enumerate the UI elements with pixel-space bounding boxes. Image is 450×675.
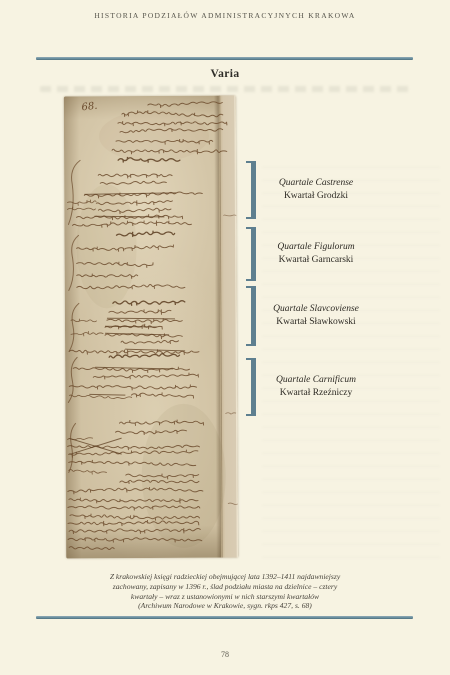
bottom-rule	[36, 616, 413, 619]
label-quartale-castrense: Quartale Castrense Kwartał Grodzki	[252, 161, 380, 219]
book-page: HISTORIA PODZIAŁÓW ADMINISTRACYJNYCH KRA…	[0, 0, 450, 675]
caption-line: (Archiwum Narodowe w Krakowie, sygn. rkp…	[85, 601, 365, 611]
label-latin: Quartale Figulorum	[252, 241, 380, 254]
caption-line: zachowany, zapisany w 1396 r., ślad podz…	[85, 582, 365, 592]
caption-line: Z krakowskiej księgi radzieckiej obejmuj…	[85, 572, 365, 582]
page-showthrough-text	[40, 86, 412, 92]
manuscript-ink-layer: 68.	[64, 96, 238, 559]
figure-caption: Z krakowskiej księgi radzieckiej obejmuj…	[85, 572, 365, 611]
label-polish: Kwartał Garncarski	[252, 254, 380, 267]
label-latin: Quartale Castrense	[252, 177, 380, 190]
label-latin: Quartale Carnificum	[252, 374, 380, 387]
label-quartale-slavcoviense: Quartale Slavcoviense Kwartał Sławkowski	[252, 286, 380, 346]
label-polish: Kwartał Rzeźniczy	[252, 387, 380, 400]
label-quartale-carnificum: Quartale Carnificum Kwartał Rzeźniczy	[252, 358, 380, 416]
label-polish: Kwartał Grodzki	[252, 190, 380, 203]
page-number: 78	[0, 650, 450, 659]
manuscript-folio-number: 68.	[81, 101, 98, 114]
label-polish: Kwartał Sławkowski	[252, 316, 380, 329]
top-rule	[36, 57, 413, 60]
section-title: Varia	[0, 68, 450, 80]
caption-line: kwartały – wraz z ustanowionymi w nich s…	[85, 592, 365, 602]
label-quartale-figulorum: Quartale Figulorum Kwartał Garncarski	[252, 227, 380, 281]
running-header: HISTORIA PODZIAŁÓW ADMINISTRACYJNYCH KRA…	[0, 11, 450, 20]
label-latin: Quartale Slavcoviense	[252, 303, 380, 316]
manuscript-image: 68.	[64, 96, 238, 559]
